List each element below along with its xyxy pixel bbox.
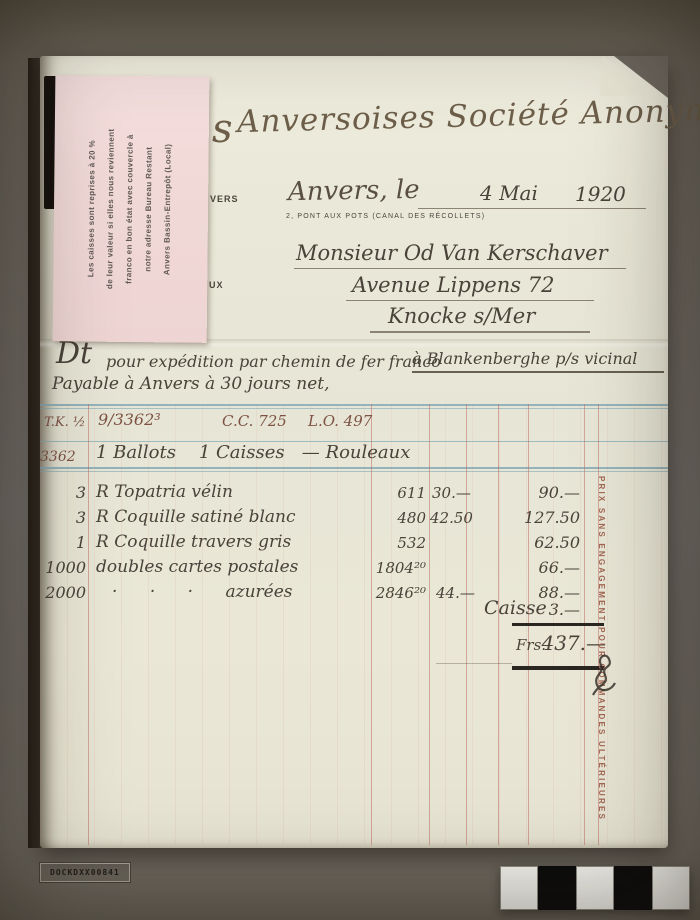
letterhead-street: 2, PONT AUX POTS (CANAL DES RÉCOLLETS) — [286, 213, 485, 220]
ref-number: 9/3362³ — [98, 410, 161, 429]
row-qty: 2000 — [34, 583, 86, 602]
shipping-line: pour expédition par chemin de fer franco — [106, 352, 441, 371]
date-underline — [418, 208, 646, 209]
ref-tk: T.K. ½ — [44, 415, 85, 430]
document-photo: s Anversoises Société Anonyme VERS UX An… — [0, 0, 700, 920]
packing-line: 1 Ballots 1 Caisses — Rouleaux — [96, 442, 410, 463]
sticker-text-block: Les caisses sont reprises à 20 % de leur… — [81, 82, 182, 335]
rule-red-col2 — [429, 404, 430, 845]
sticker-line: franco en bon état avec couvercle à — [119, 83, 141, 335]
row-ref: 1804²⁰ — [366, 559, 426, 577]
sticker-line: de leur valeur si elles nous reviennent — [100, 83, 122, 335]
payment-terms: Payable à Anvers à 30 jours net, — [52, 374, 330, 394]
row-amount: 90.— — [504, 483, 580, 502]
rule-red-col1 — [371, 404, 372, 845]
recipient-street: Avenue Lippens 72 — [352, 273, 554, 297]
year: 1920 — [575, 182, 626, 206]
caisse-amount: 3.— — [504, 600, 580, 619]
ink-squiggle — [585, 645, 623, 703]
sticker-line: notre adresse Bureau Restant — [138, 83, 160, 335]
ref-margin-number: 3362 — [40, 449, 76, 465]
row-qty: 3 — [34, 508, 86, 527]
ref-cc: C.C. 725 — [222, 412, 287, 430]
row-unit: 30.— — [432, 484, 471, 502]
recipient-city-underline — [370, 331, 590, 333]
rule-red-col3 — [466, 404, 467, 845]
recipient-street-underline — [346, 300, 594, 301]
row-qty: 1 — [34, 533, 86, 552]
row-desc: doubles cartes postales — [96, 557, 298, 577]
scale-square-white — [652, 866, 690, 910]
total-rule-top — [512, 623, 604, 626]
rule-red-margin — [88, 404, 89, 845]
ref-lo: L.O. 497 — [308, 412, 372, 430]
total-thin-rule — [436, 663, 512, 664]
place-date-prefix: Anvers, le — [288, 175, 420, 207]
row-qty: 3 — [34, 483, 86, 502]
row-ref: 532 — [366, 534, 426, 552]
row-qty: 1000 — [34, 558, 86, 577]
row-desc: R Coquille travers gris — [96, 532, 291, 552]
row-desc: R Topatria vélin — [96, 482, 233, 502]
row-ref: 2846²⁰ — [366, 584, 426, 602]
destination-underlined: à Blankenberghe p/s vicinal — [412, 349, 664, 373]
recipient-city: Knocke s/Mer — [388, 304, 535, 328]
margin-note-vertical: PRIX SANS ENGAGEMENT POUR COMMANDES ULTÉ… — [597, 476, 606, 798]
scale-square-white — [500, 866, 538, 910]
row-desc: · · · azurées — [112, 582, 293, 602]
sticker-line: Les caisses sont reprises à 20 % — [81, 82, 103, 334]
sticker-note: Les caisses sont reprises à 20 % de leur… — [53, 75, 210, 343]
scale-square-black — [538, 866, 576, 910]
sticker-line: Anvers Bassin-Entrepôt (Local) — [157, 83, 179, 335]
row-amount: 66.— — [504, 558, 580, 577]
row-unit: 44.— — [436, 584, 475, 602]
row-desc: R Coquille satiné blanc — [96, 507, 296, 527]
company-script-fragment: s — [212, 106, 233, 152]
letterhead-fragment-ux: UX — [209, 280, 224, 290]
row-ref: 480 — [366, 509, 426, 527]
row-amount: 127.50 — [504, 508, 580, 527]
color-scale-bar — [500, 866, 690, 910]
rule-red-col4 — [498, 404, 499, 845]
row-amount: 62.50 — [504, 533, 580, 552]
recipient-name-underline — [294, 268, 626, 269]
scale-square-white — [576, 866, 614, 910]
letterhead-fragment-vers: VERS — [210, 194, 239, 204]
recipient-name: Monsieur Od Van Kerschaver — [296, 241, 608, 265]
handwritten-date: 4 Mai — [480, 181, 538, 205]
archive-id-label: DOCKDXX00841 — [40, 863, 130, 882]
scale-square-black — [614, 866, 652, 910]
row-ref: 611 — [366, 484, 426, 502]
row-unit: 42.50 — [430, 509, 473, 527]
